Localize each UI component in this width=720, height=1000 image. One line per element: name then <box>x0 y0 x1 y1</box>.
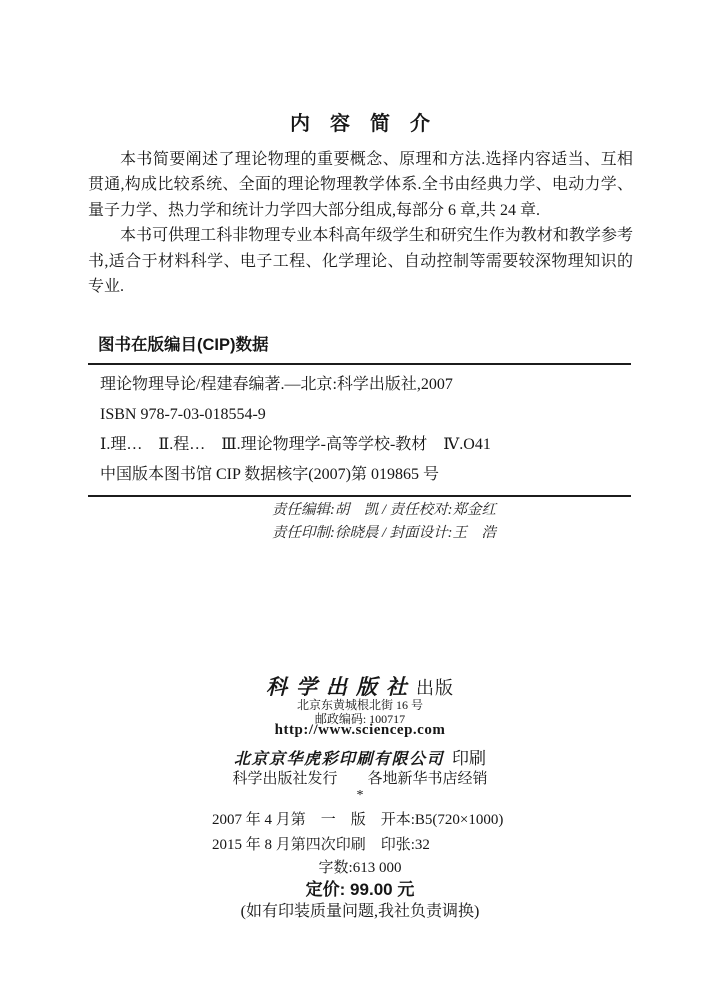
printer-name: 北京京华虎彩印刷有限公司 <box>234 749 444 768</box>
price-line: 定价: 99.00 元 <box>0 875 720 900</box>
cip-header: 图书在版编目(CIP)数据 <box>88 331 631 363</box>
colophon-separator: * <box>0 788 720 804</box>
cip-lines: 理论物理导论/程建春编著.—北京:科学出版社,2007 ISBN 978-7-0… <box>88 365 631 495</box>
word-count-line: 字数:613 000 <box>0 856 720 877</box>
distribution-line: 科学出版社发行 各地新华书店经销 <box>0 767 720 788</box>
intro-paragraph-1: 本书简要阐述了理论物理的重要概念、原理和方法.选择内容适当、互相贯通,构成比较系… <box>88 147 633 223</box>
intro-section: 本书简要阐述了理论物理的重要概念、原理和方法.选择内容适当、互相贯通,构成比较系… <box>88 147 633 299</box>
cip-isbn-line: ISBN 978-7-03-018554-9 <box>100 400 631 430</box>
intro-paragraph-2: 本书可供理工科非物理专业本科高年级学生和研究生作为教材和教学参考书,适合于材料科… <box>88 223 633 299</box>
publisher-url: http://www.sciencep.com <box>0 722 720 739</box>
cip-registry-line: 中国版本图书馆 CIP 数据核字(2007)第 019865 号 <box>100 460 631 490</box>
printing-line: 2015 年 8 月第四次印刷 印张:32 <box>212 833 512 858</box>
copy-notice: (如有印装质量问题,我社负责调换) <box>0 898 720 921</box>
book-copyright-page: 内容简介 本书简要阐述了理论物理的重要概念、原理和方法.选择内容适当、互相贯通,… <box>0 0 720 1000</box>
printer-line: 北京京华虎彩印刷有限公司印刷 <box>0 744 720 769</box>
cip-classification-line: Ⅰ.理… Ⅱ.程… Ⅲ.理论物理学-高等学校-教材 Ⅳ.O41 <box>100 430 631 460</box>
cip-section: 图书在版编目(CIP)数据 理论物理导论/程建春编著.—北京:科学出版社,200… <box>88 331 631 497</box>
publisher-suffix-label: 出版 <box>416 678 454 698</box>
credits-line-2: 责任印制:徐晓晨 / 封面设计:王 浩 <box>48 522 720 545</box>
cip-title-line: 理论物理导论/程建春编著.—北京:科学出版社,2007 <box>100 370 631 400</box>
intro-title: 内容简介 <box>0 107 720 136</box>
printer-suffix-label: 印刷 <box>444 749 486 768</box>
edition-line: 2007 年 4 月第 一 版 开本:B5(720×1000) <box>212 808 512 833</box>
credits-section: 责任编辑:胡 凯 / 责任校对:郑金红 责任印制:徐晓晨 / 封面设计:王 浩 <box>0 499 720 545</box>
credits-line-1: 责任编辑:胡 凯 / 责任校对:郑金红 <box>48 499 720 522</box>
edition-group: 2007 年 4 月第 一 版 开本:B5(720×1000) 2015 年 8… <box>212 808 512 858</box>
cip-rule-bottom <box>88 495 631 497</box>
